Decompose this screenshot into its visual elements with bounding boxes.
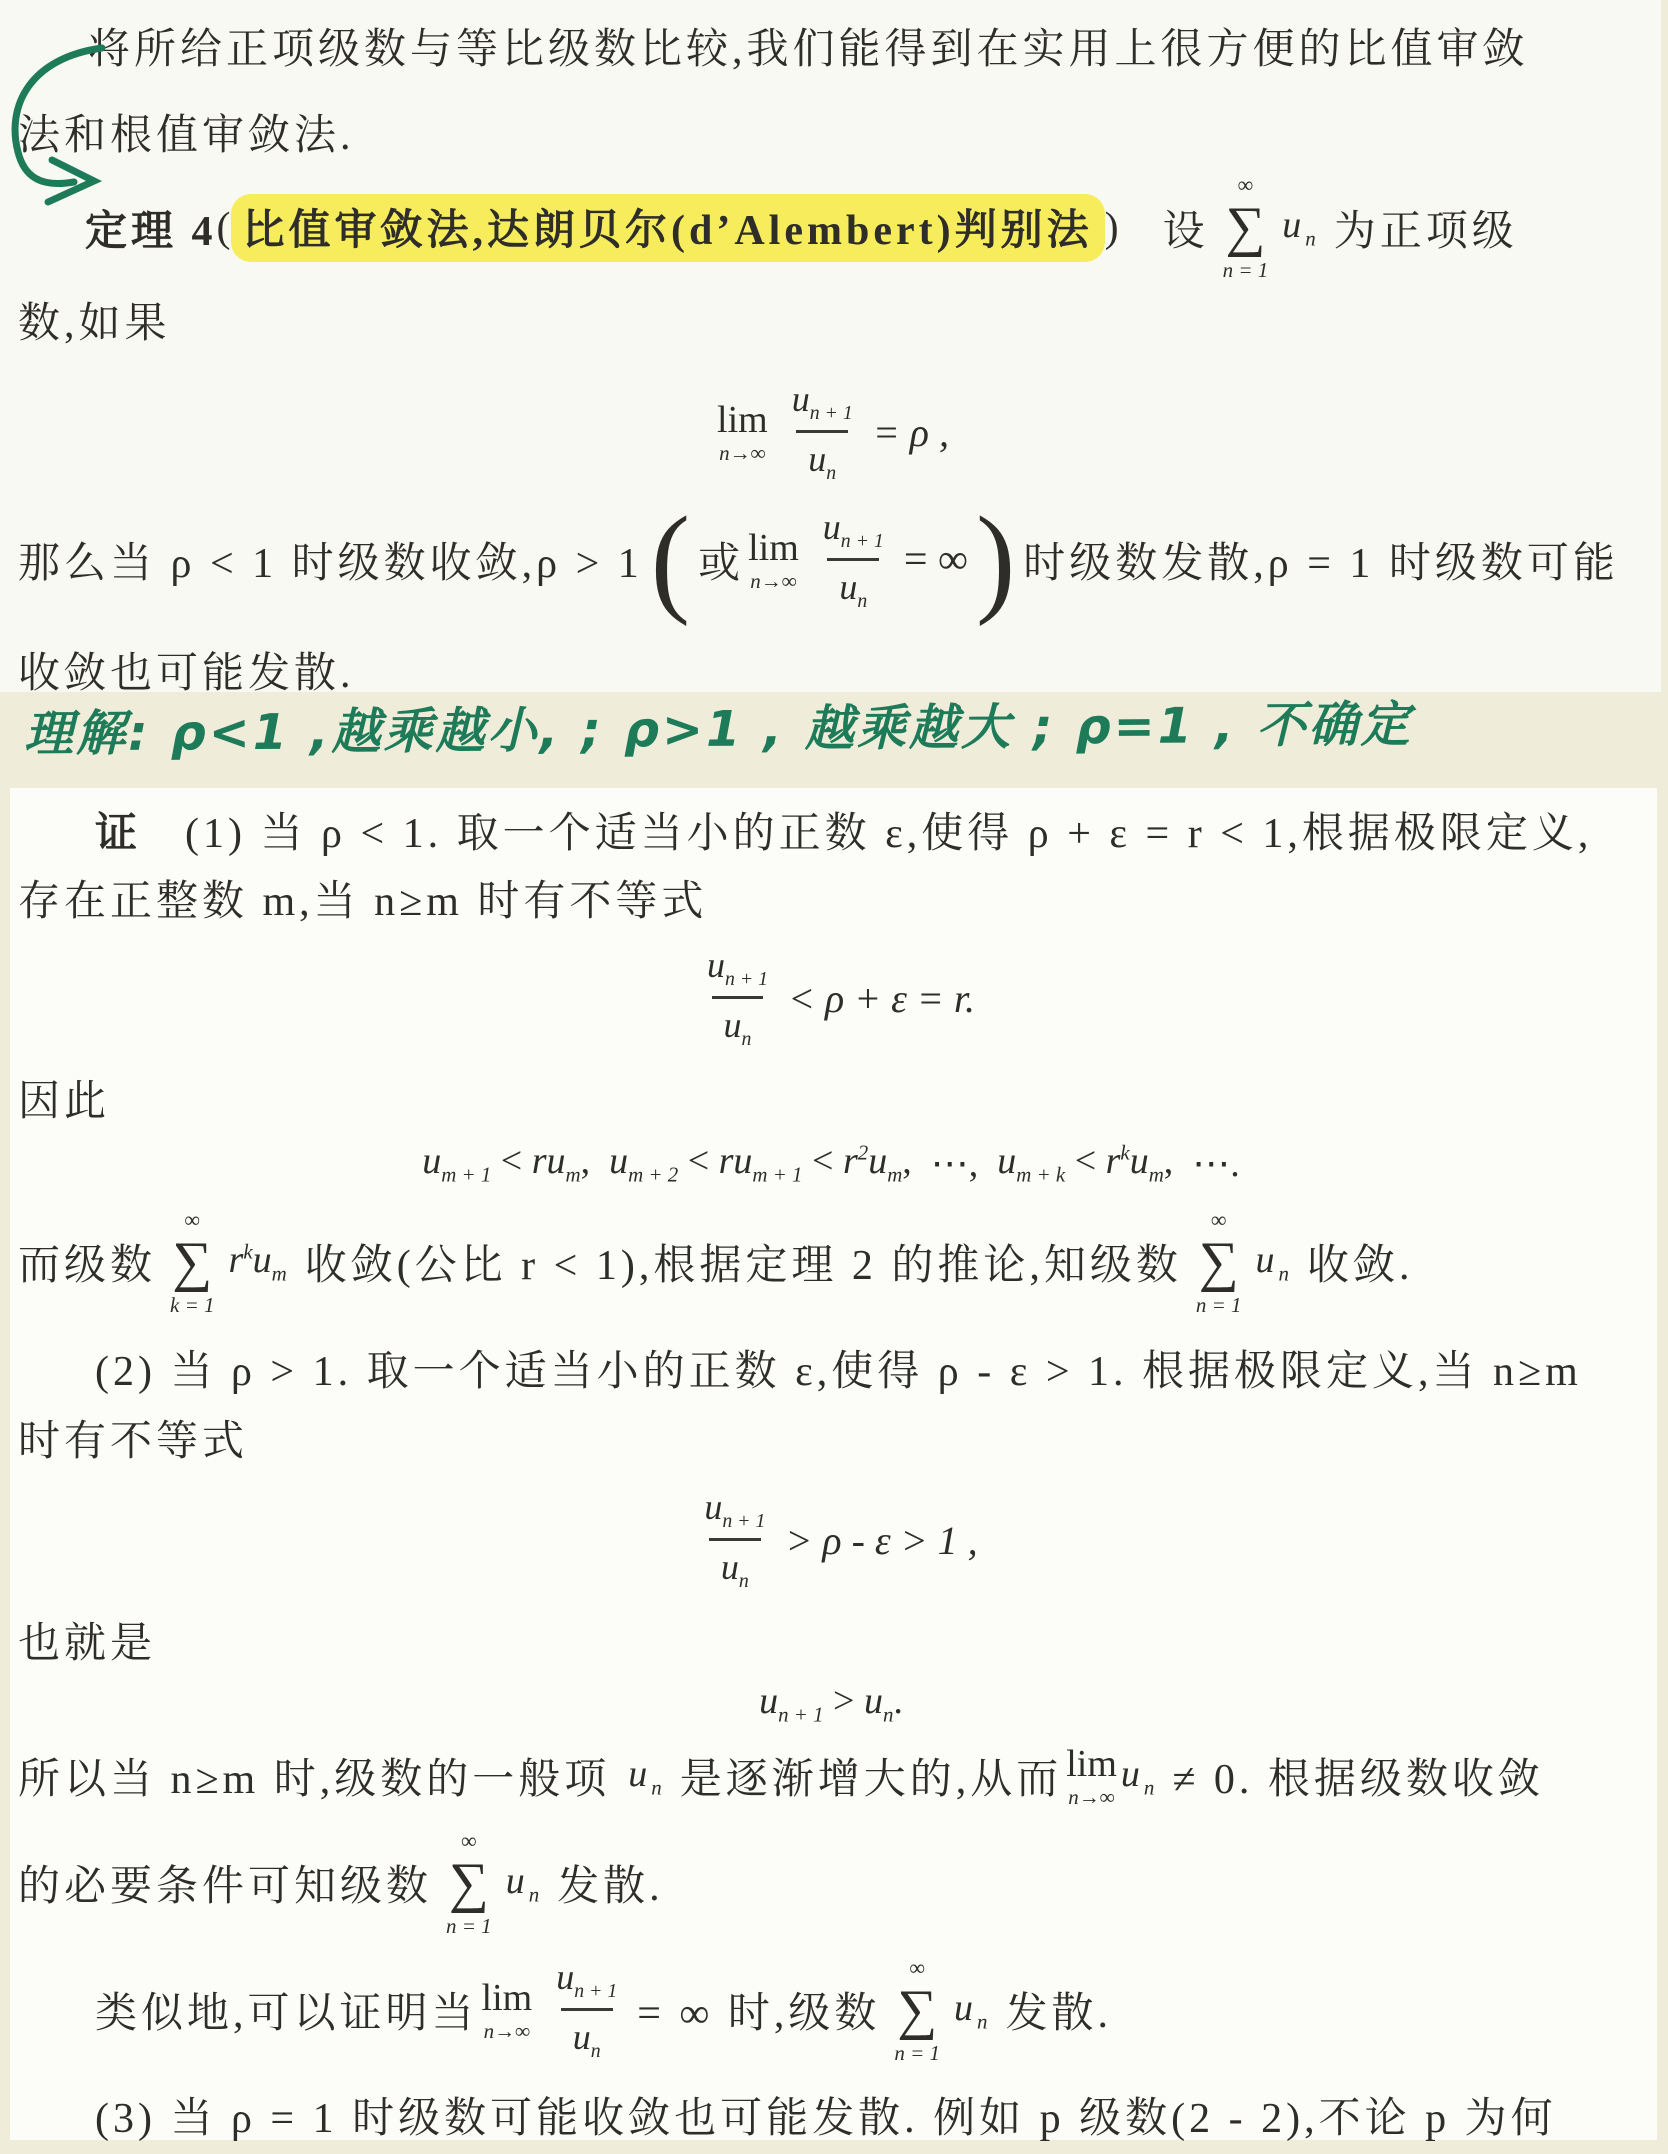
theorem-open-paren: (	[217, 204, 231, 252]
series-mid: 收敛(公比 r < 1),根据定理 2 的推论,知级数	[305, 1232, 1182, 1292]
fraction-un1-un: un + 1 un	[692, 1488, 777, 1593]
yejiushi-word: 也就是	[18, 1610, 156, 1670]
handwritten-arrow-icon	[2, 40, 122, 210]
similarly-mid: = ∞ 时,级数	[637, 1980, 880, 2040]
proof-case3-line: (3) 当 ρ = 1 时级数可能收敛也可能发散. 例如 p 级数(2 - 2)…	[95, 2085, 1557, 2145]
series-term: un	[1256, 1238, 1289, 1287]
proof-line-1: 证(1) 当 ρ < 1. 取一个适当小的正数 ε,使得 ρ + ε = r <…	[95, 800, 1592, 860]
big-close-paren: )	[976, 508, 1015, 611]
diverges-word: 发散.	[557, 1853, 664, 1913]
formula-rhs: = ρ ,	[873, 409, 949, 456]
formula-rhs: > ρ - ε > 1 ,	[785, 1517, 977, 1564]
proof-case2-line2: 时有不等式	[18, 1408, 248, 1468]
conclusion-post: 时级数发散,ρ = 1 时级数可能	[1023, 530, 1619, 590]
equals-infinity: = ∞	[904, 536, 968, 584]
formula-ratio-limit: lim n→∞ un + 1 un = ρ ,	[0, 362, 1662, 502]
or-word: 或	[698, 530, 744, 590]
conclusion-paragraph: 那么当 ρ < 1 时级数收敛,ρ > 1 ( 或 lim n→∞ un + 1…	[18, 490, 1619, 630]
proof-case1: (1) 当 ρ < 1. 取一个适当小的正数 ε,使得 ρ + ε = r < …	[185, 811, 1592, 857]
sum-symbol-n: ∞ ∑ n = 1	[1196, 1209, 1242, 1316]
sum-symbol: ∞ ∑ n = 1	[1223, 174, 1269, 281]
conclusion-pre: 那么当 ρ < 1 时级数收敛,ρ > 1	[18, 530, 643, 590]
series-term: un	[628, 1752, 661, 1801]
proof-line-2: 存在正整数 m,当 n≥m 时有不等式	[18, 868, 707, 928]
theorem-heading: 定理 4(比值审敛法,达朗贝尔(d’Alembert)判别法) 设 ∞ ∑ n …	[85, 155, 1518, 300]
divergence-mid: 是逐渐增大的,从而	[680, 1746, 1063, 1806]
chain-end-dots: ⋯.	[1192, 1141, 1240, 1186]
lim-operator: lim n→∞	[1066, 1745, 1117, 1808]
diverges-word: 发散.	[1006, 1980, 1113, 2040]
fraction-un1-un: un + 1 un	[780, 380, 865, 485]
theorem-set-word: 设	[1163, 198, 1209, 258]
fraction-un1-un: un + 1 un	[544, 1958, 629, 2063]
divergence-post: ≠ 0. 根据级数收敛	[1172, 1746, 1544, 1806]
necessary-condition: 的必要条件可知级数	[18, 1853, 432, 1913]
similarly-paragraph: 类似地,可以证明当 lim n→∞ un + 1 un = ∞ 时,级数 ∞ ∑…	[95, 1950, 1112, 2070]
theorem-line-2: 数,如果	[18, 290, 171, 350]
formula-rhs: < ρ + ε = r.	[788, 975, 975, 1022]
proof-label: 证	[95, 811, 141, 857]
chain-term-2: um + 2 < rum + 1 < r2um,	[609, 1139, 931, 1188]
series-term: un	[1121, 1752, 1154, 1801]
un1-gt-un: un + 1 > un.	[759, 1679, 903, 1728]
proof-case2-line1: (2) 当 ρ > 1. 取一个适当小的正数 ε,使得 ρ - ε > 1. 根…	[95, 1338, 1582, 1398]
sum-symbol-k: ∞ ∑ k = 1	[170, 1209, 215, 1316]
series-term: un	[1282, 203, 1315, 252]
divergence-paragraph-1: 所以当 n≥m 时,级数的一般项 un 是逐渐增大的,从而 lim n→∞ un…	[18, 1726, 1544, 1826]
lim-operator: lim n→∞	[717, 401, 768, 464]
chain-term-1: um + 1 < rum,	[422, 1139, 609, 1188]
lim-operator: lim n→∞	[748, 529, 799, 592]
big-open-paren: (	[651, 508, 690, 611]
series-term: un	[506, 1859, 539, 1908]
similarly-pre: 类似地,可以证明当	[95, 1980, 478, 2040]
series-pre: 而级数	[18, 1232, 156, 1292]
rk-um-term: rkum	[229, 1238, 287, 1287]
divergence-paragraph-2: 的必要条件可知级数 ∞ ∑ n = 1 un 发散.	[18, 1823, 664, 1943]
sum-symbol-n: ∞ ∑ n = 1	[446, 1830, 492, 1937]
fraction-un1-un: un + 1 un	[695, 946, 780, 1051]
series-term: un	[954, 1986, 987, 2035]
intro-line-1: 将所给正项级数与等比级数比较,我们能得到在实用上很方便的比值审敛	[88, 16, 1529, 76]
chain-term-3: um + k < rkum,	[978, 1139, 1192, 1188]
theorem-close-paren: )	[1105, 204, 1119, 252]
theorem-tail: 为正项级	[1334, 198, 1518, 258]
theorem-name-highlight: 比值审敛法,达朗贝尔(d’Alembert)判别法	[231, 194, 1105, 262]
fraction-un1-un: un + 1 un	[811, 508, 896, 613]
formula-greater-than-1: un + 1 un > ρ - ε > 1 ,	[0, 1470, 1662, 1610]
divergence-pre: 所以当 n≥m 时,级数的一般项	[18, 1746, 610, 1806]
formula-less-than-r: un + 1 un < ρ + ε = r.	[0, 928, 1662, 1068]
conclusion-line-2: 收敛也可能发散.	[18, 640, 355, 700]
series-post: 收敛.	[1307, 1232, 1414, 1292]
sum-symbol-n: ∞ ∑ n = 1	[894, 1957, 940, 2064]
series-compare-paragraph: 而级数 ∞ ∑ k = 1 rkum 收敛(公比 r < 1),根据定理 2 的…	[18, 1192, 1413, 1332]
chain-dots: ⋯,	[931, 1141, 979, 1186]
handwritten-note: 理解: ρ<1 ,越乘越小, ; ρ>1 , 越乘越大 ; ρ=1 , 不确定	[24, 694, 1644, 764]
lim-operator: lim n→∞	[482, 1979, 533, 2042]
